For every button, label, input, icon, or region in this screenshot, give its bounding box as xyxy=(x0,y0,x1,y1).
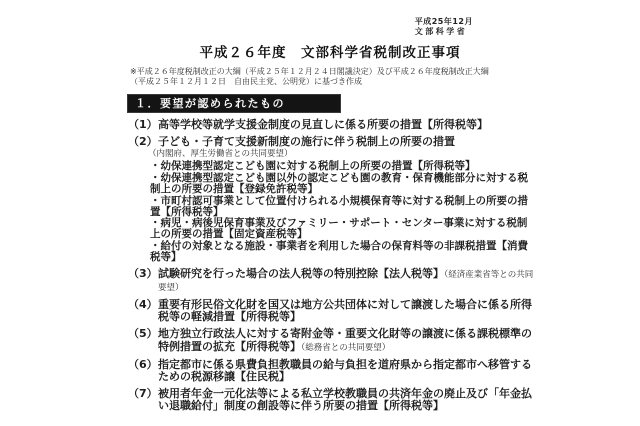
item-number: （5） xyxy=(128,328,158,340)
list-item: （6）指定都市に係る県費負担教職員の給与負担を道府県から指定都市へ移管するための… xyxy=(128,359,537,383)
source-note-line1: ※平成２６年度税制改正の大綱（平成２５年１２月２４日閣議決定）及び平成２６年度税… xyxy=(130,67,530,77)
org-line: 文部科学省 xyxy=(415,27,473,37)
item-number: （7） xyxy=(128,388,158,400)
source-note: ※平成２６年度税制改正の大綱（平成２５年１２月２４日閣議決定）及び平成２６年度税… xyxy=(130,67,530,87)
sub-bullet: ・幼保連携型認定こども園以外の認定こども園の教育・保育機能部分に対する税制上の所… xyxy=(150,173,537,195)
sub-bullet: ・病児・病後児保育事業及びファミリー・サポート・センター事業に対する税制上の所要… xyxy=(150,218,537,240)
section1-heading: １．要望が認められたもの xyxy=(128,95,340,112)
item-joint-request-note: （内閣府、厚生労働省との共同要望） xyxy=(148,149,537,159)
item-number: （4） xyxy=(128,299,158,311)
item-number: （1） xyxy=(128,119,158,131)
sub-bullet: ・市町村認可事業として位置付けられる小規模保育等に対する税制上の所要の措置【所得… xyxy=(150,196,537,218)
date-line: 平成25年12月 xyxy=(415,17,473,27)
list-item: （1）高等学校等就学支援金制度の見直しに係る所要の措置【所得税等】 xyxy=(128,119,537,131)
item-text: 指定都市に係る県費負担教職員の給与負担を道府県から指定都市へ移管するための税源移… xyxy=(158,358,532,383)
item-sub-bullets: ・幼保連携型認定こども園に対する税制上の所要の措置【所得税等】・幼保連携型認定こ… xyxy=(150,161,537,262)
item-text: 重要有形民俗文化財を国又は地方公共団体に対して譲渡した場合に係る所得税等の軽減措… xyxy=(158,298,532,323)
sub-bullet: ・給付の対象となる施設・事業者を利用した場合の保育料等の非課税措置【消費税等】 xyxy=(150,241,537,263)
list-item: （2）子ども・子育て支援新制度の施行に伴う税制上の所要の措置（内閣府、厚生労働省… xyxy=(128,136,537,262)
list-item: （3）試験研究を行った場合の法人税等の特別控除【法人税等】（経済産業省等との共同… xyxy=(128,268,537,294)
item-text: 子ども・子育て支援新制度の施行に伴う税制上の所要の措置 xyxy=(158,135,455,148)
page-title: 平成２６年度 文部科学省税制改正事項 xyxy=(20,41,640,61)
document-page: 平成25年12月 文部科学省 平成２６年度 文部科学省税制改正事項 ※平成２６年… xyxy=(0,0,640,426)
item-joint-request-note: （総務省との共同要望） xyxy=(301,343,390,353)
document-date-block: 平成25年12月 文部科学省 xyxy=(415,17,473,37)
item-text: 高等学校等就学支援金制度の見直しに係る所要の措置【所得税等】 xyxy=(158,118,488,131)
item-number: （6） xyxy=(128,359,158,371)
item-number: （3） xyxy=(128,268,158,280)
item-text: 試験研究を行った場合の法人税等の特別控除【法人税等】 xyxy=(158,267,444,280)
source-note-line2: （平成２５年１２月１２日 自由民主党、公明党）に基づき作成 xyxy=(130,77,530,87)
list-item: （7）被用者年金一元化法等による私立学校教職員の共済年金の廃止及び「年金払い退職… xyxy=(128,388,537,412)
item-number: （2） xyxy=(128,136,158,148)
list-item: （4）重要有形民俗文化財を国又は地方公共団体に対して譲渡した場合に係る所得税等の… xyxy=(128,299,537,323)
section1-items: （1）高等学校等就学支援金制度の見直しに係る所要の措置【所得税等】（2）子ども・… xyxy=(128,119,537,418)
sub-bullet: ・幼保連携型認定こども園に対する税制上の所要の措置【所得税等】 xyxy=(150,161,537,172)
item-text: 被用者年金一元化法等による私立学校教職員の共済年金の廃止及び「年金払い退職給付」… xyxy=(158,387,532,412)
list-item: （5）地方独立行政法人に対する寄附金等・重要文化財等の譲渡に係る課税標準の特例措… xyxy=(128,328,537,353)
